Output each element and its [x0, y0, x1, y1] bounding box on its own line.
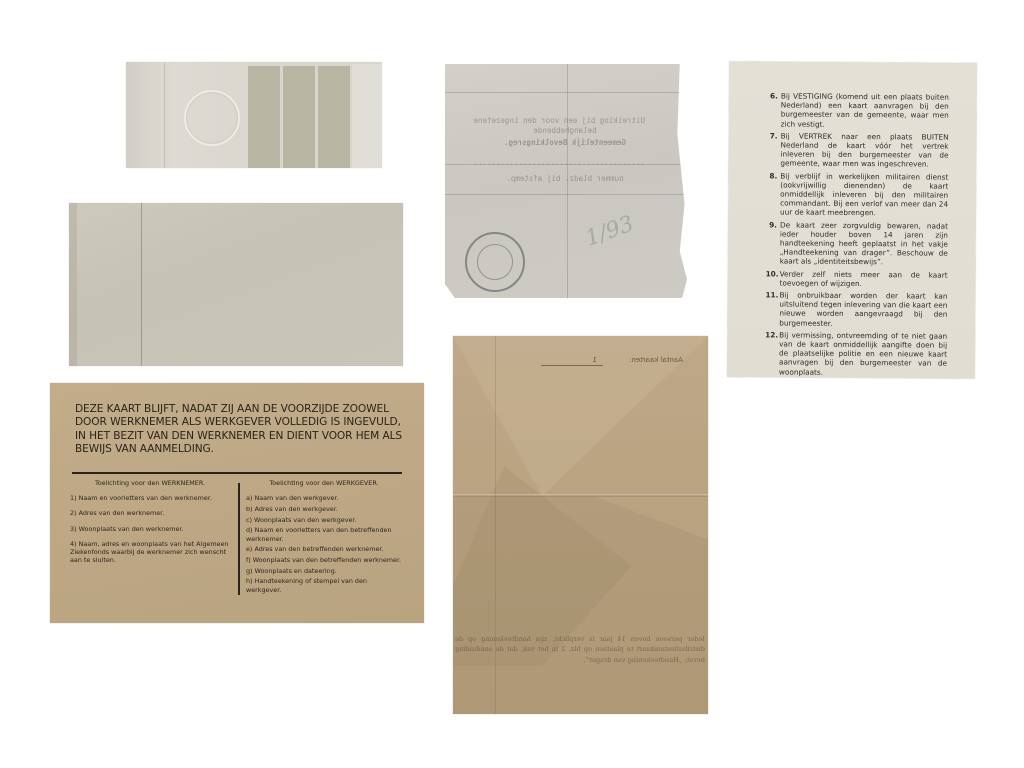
striped-card-document	[126, 62, 382, 168]
mirrored-count-label: Aantal kaarten: 1	[543, 356, 683, 364]
ruled-line	[445, 92, 687, 93]
column-entry: f) Woonplaats van den betreffenden werkn…	[246, 556, 402, 564]
column-entry: e) Adres van den betreffenden werknemer.	[246, 545, 402, 553]
envelope-document: Aantal kaarten: 1 Ieder persoon boven 14…	[453, 336, 708, 714]
grey-stripe	[318, 66, 350, 168]
registration-card-document: DEZE KAART BLIJFT, NADAT ZIJ AAN DE VOOR…	[50, 383, 424, 623]
ruled-line	[445, 194, 687, 195]
card-heading: DEZE KAART BLIJFT, NADAT ZIJ AAN DE VOOR…	[75, 403, 405, 457]
instruction-text: Bij VERTREK naar een plaats BUITEN Neder…	[780, 131, 948, 169]
horizontal-fold-crease	[453, 494, 708, 497]
instruction-number: 11.	[765, 290, 779, 327]
employee-instructions-column: Toelichting voor den WERKNEMER. 1) Naam …	[70, 479, 230, 571]
card-edge-area	[352, 64, 382, 168]
card-edge	[69, 203, 77, 366]
column-divider	[238, 483, 240, 595]
instruction-number: 10.	[766, 269, 780, 288]
instruction-list: 6. Bij VESTIGING (komend uit een plaats …	[765, 91, 949, 380]
grey-stripe	[283, 66, 315, 168]
mirrored-text-line: Gemeentelijk Bevolkingsreg.	[485, 138, 645, 147]
instruction-text: De kaart zeer zorgvuldig bewaren, nadat …	[780, 220, 948, 267]
postmark-stamp-icon	[465, 232, 525, 292]
instruction-item: 8. Bij verblijf in werkelijken militaire…	[766, 171, 948, 218]
count-underline	[541, 365, 603, 366]
mirrored-body-text: Ieder persoon boven 14 jaar is verplicht…	[455, 634, 705, 665]
instruction-text: Bij vermissing, ontvreemding of te niet …	[779, 330, 947, 377]
instruction-item: 7. Bij VERTREK naar een plaats BUITEN Ne…	[766, 131, 948, 169]
embossed-seal-icon	[184, 90, 240, 146]
column-entry: g) Woonplaats en dateering.	[246, 567, 402, 575]
mirrored-text-line: nummer bladz. bij afstemp.	[485, 174, 645, 183]
instruction-text: Bij VESTIGING (komend uit een plaats bui…	[781, 92, 949, 130]
fold-line	[164, 62, 165, 168]
count-label: Aantal kaarten:	[629, 356, 683, 364]
instruction-text: Verder zelf niets meer aan de kaart toev…	[780, 269, 948, 289]
postmark-inner-ring	[477, 244, 513, 280]
blank-card-document	[69, 203, 403, 366]
column-title: Toelichting voor den WERKNEMER.	[70, 479, 230, 487]
column-entry: c) Woonplaats van den werkgever.	[246, 516, 402, 524]
column-entry: 4) Naam, adres en woonplaats van het Alg…	[70, 540, 230, 565]
mirrored-text-line: ......................................	[485, 158, 645, 167]
column-entry: a) Naam van den werkgever.	[246, 494, 402, 502]
column-entry: 2) Adres van den werknemer.	[70, 509, 230, 517]
instruction-text: Bij onbruikbaar worden der kaart kan uit…	[779, 291, 947, 329]
instruction-number: 8.	[766, 171, 780, 217]
count-value: 1	[592, 356, 596, 364]
mirrored-text-line: Uitreiking bij een voor den ingezetene	[485, 116, 645, 125]
instruction-number: 9.	[766, 220, 780, 266]
heading-rule	[72, 472, 402, 474]
pencil-annotation: 1/93	[582, 211, 637, 251]
envelope-bottom-flap	[453, 496, 708, 714]
column-entry: h) Handteekening of stempel van den werk…	[246, 577, 402, 593]
column-entry: 3) Woonplaats van den werknemer.	[70, 525, 230, 533]
stamped-fragment-document: Uitreiking bij een voor den ingezetene b…	[445, 64, 687, 298]
instruction-item: 9. De kaart zeer zorgvuldig bewaren, nad…	[766, 220, 948, 267]
column-entry: d) Naam en voorletters van den betreffen…	[246, 526, 402, 542]
instruction-number: 6.	[767, 91, 781, 128]
fold-line	[141, 203, 142, 366]
employer-instructions-column: Toelichting voor den WERKGEVER. a) Naam …	[246, 479, 402, 596]
column-title: Toelichting voor den WERKGEVER.	[246, 479, 402, 487]
instruction-number: 12.	[765, 330, 779, 376]
instructions-card-document: 6. Bij VESTIGING (komend uit een plaats …	[727, 61, 977, 379]
instruction-item: 6. Bij VESTIGING (komend uit een plaats …	[767, 91, 949, 129]
instruction-number: 7.	[766, 131, 780, 168]
column-entry: b) Adres van den werkgever.	[246, 505, 402, 513]
mirrored-text-line: belanghebbende	[485, 126, 645, 135]
grey-stripe	[248, 66, 280, 168]
instruction-text: Bij verblijf in werkelijken militairen d…	[780, 171, 948, 218]
instruction-item: 12. Bij vermissing, ontvreemding of te n…	[765, 330, 947, 377]
instruction-item: 10. Verder zelf niets meer aan de kaart …	[766, 269, 948, 289]
instruction-item: 11. Bij onbruikbaar worden der kaart kan…	[765, 290, 947, 328]
column-entry: 1) Naam en voorletters van den werknemer…	[70, 494, 230, 502]
